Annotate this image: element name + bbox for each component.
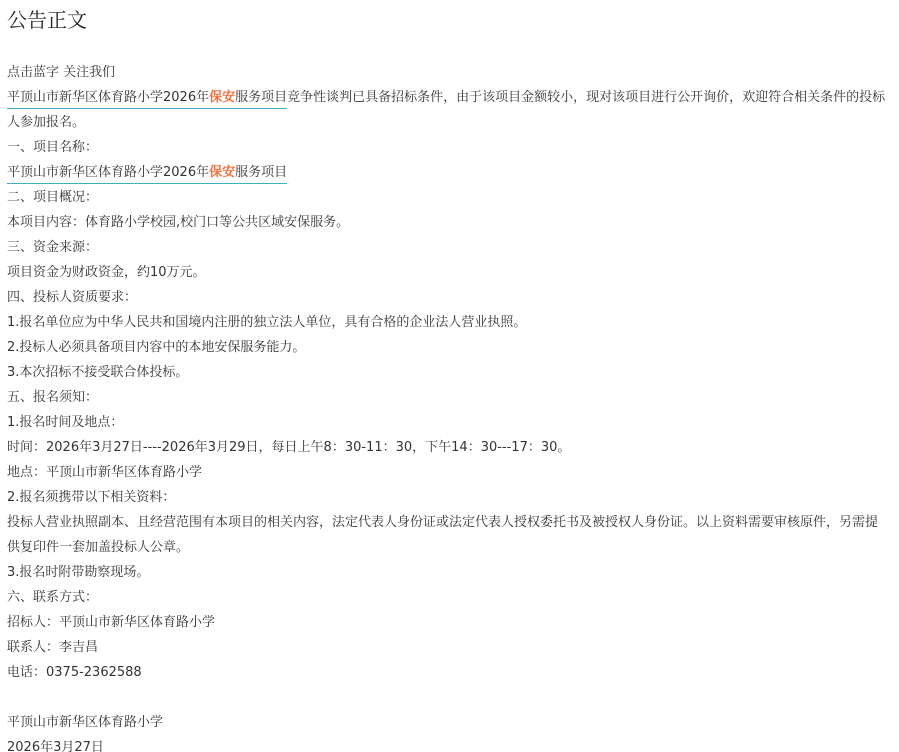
funding-source: 项目资金为财政资金，约10万元。 xyxy=(7,260,887,285)
qualification-item: 1.报名单位应为中华人民共和国境内注册的独立法人单位，具有合格的企业法人营业执照… xyxy=(7,310,887,335)
section-heading-funding: 三、资金来源： xyxy=(7,235,887,260)
qualification-item: 3.本次招标不接受联合体投标。 xyxy=(7,360,887,385)
registration-place: 地点：平顶山市新华区体育路小学 xyxy=(7,460,887,485)
signature-date: 2026年3月27日 xyxy=(7,735,887,752)
required-documents: 投标人营业执照副本、且经营范围有本项目的相关内容，法定代表人身份证或法定代表人授… xyxy=(7,510,887,560)
qualification-item: 2.投标人必须具备项目内容中的本地安保服务能力。 xyxy=(7,335,887,360)
site-survey-note: 3.报名时附带勘察现场。 xyxy=(7,560,887,585)
keyword-highlight: 保安 xyxy=(209,165,235,180)
announcement-page: 公告正文 点击蓝字 关注我们 平顶山市新华区体育路小学2026年保安服务项目竞争… xyxy=(0,0,899,752)
page-title: 公告正文 xyxy=(7,0,899,48)
project-overview: 本项目内容：体育路小学校园,校门口等公共区域安保服务。 xyxy=(7,210,887,235)
tenderer: 招标人：平顶山市新华区体育路小学 xyxy=(7,610,887,635)
required-documents-heading: 2.报名须携带以下相关资料： xyxy=(7,485,887,510)
announcement-body: 点击蓝字 关注我们 平顶山市新华区体育路小学2026年保安服务项目竞争性谈判已具… xyxy=(7,60,887,752)
section-heading-contact: 六、联系方式： xyxy=(7,585,887,610)
keyword-highlight: 保安 xyxy=(209,90,235,105)
project-name: 平顶山市新华区体育路小学2026年保安服务项目 xyxy=(7,160,887,185)
section-heading-project-name: 一、项目名称： xyxy=(7,135,887,160)
project-name-link-2[interactable]: 平顶山市新华区体育路小学2026年保安服务项目 xyxy=(7,165,287,184)
contact-person: 联系人：李吉昌 xyxy=(7,635,887,660)
signature-org: 平顶山市新华区体育路小学 xyxy=(7,710,887,735)
spacer xyxy=(7,685,887,710)
section-heading-registration: 五、报名须知： xyxy=(7,385,887,410)
contact-phone: 电话：0375-2362588 xyxy=(7,660,887,685)
registration-time: 时间：2026年3月27日----2026年3月29日，每日上午8：30-11：… xyxy=(7,435,887,460)
project-name-link[interactable]: 平顶山市新华区体育路小学2026年保安服务项目 xyxy=(7,90,287,109)
follow-prompt: 点击蓝字 关注我们 xyxy=(7,60,887,85)
registration-time-place-heading: 1.报名时间及地点： xyxy=(7,410,887,435)
section-heading-overview: 二、项目概况： xyxy=(7,185,887,210)
intro-paragraph: 平顶山市新华区体育路小学2026年保安服务项目竞争性谈判已具备招标条件，由于该项… xyxy=(7,85,887,135)
section-heading-qualifications: 四、投标人资质要求： xyxy=(7,285,887,310)
